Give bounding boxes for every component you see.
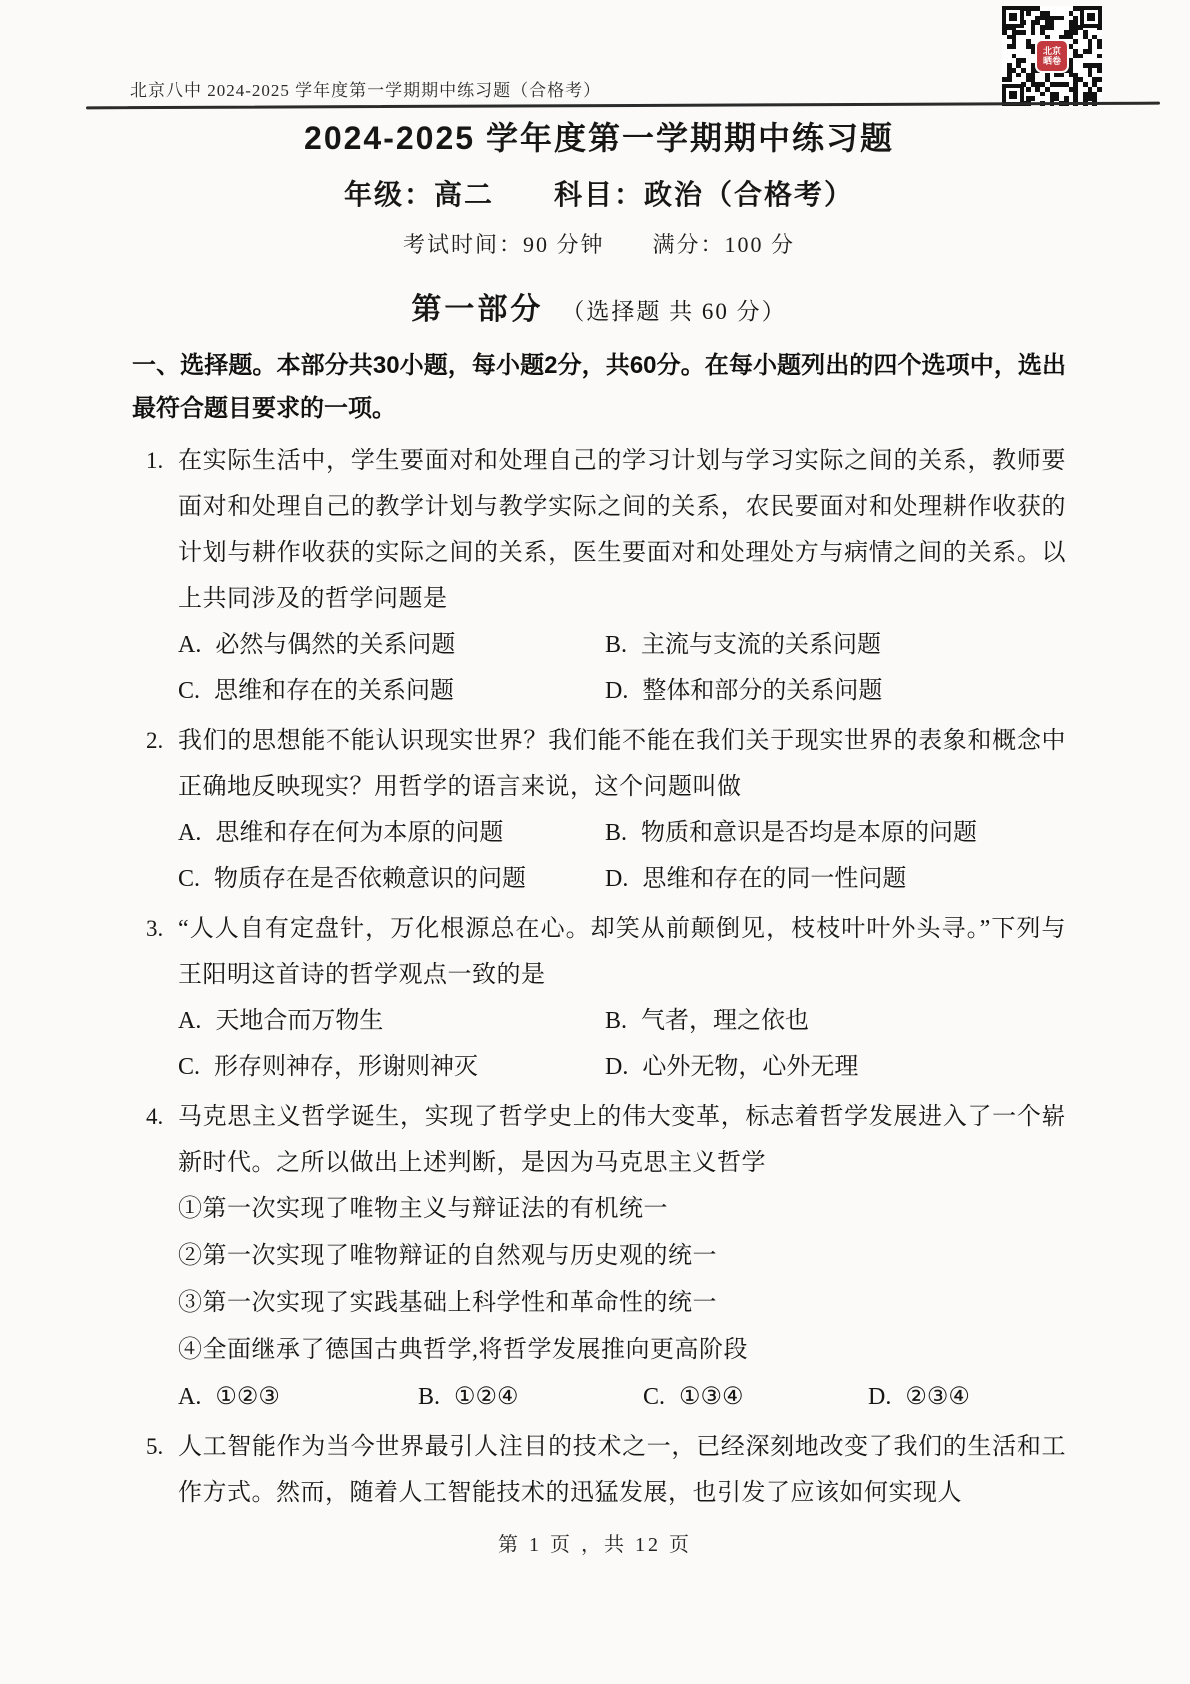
option-a: A.必然与偶然的关系问题	[178, 622, 605, 668]
grade-subject-line: 年级：高二 科目：政治（合格考）	[132, 176, 1066, 214]
question-2: 2. 我们的思想能不能认识现实世界？我们能不能在我们关于现实世界的表象和概念中正…	[132, 718, 1066, 902]
question-options: A.天地合而万物生 B.气者，理之依也 C.形存则神存，形谢则神灭 D.心外无物…	[178, 998, 1066, 1090]
option-d: D.思维和存在的同一性问题	[605, 856, 1066, 902]
statement-3: ③第一次实现了实践基础上科学性和革命性的统一	[178, 1280, 1066, 1327]
question-stem: “人人自有定盘针，万化根源总在心。却笑从前颠倒见，枝枝叶叶外头寻。”下列与王阳明…	[178, 906, 1066, 998]
question-stem: 马克思主义哲学诞生，实现了哲学史上的伟大变革，标志着哲学发展进入了一个崭新时代。…	[178, 1094, 1066, 1186]
part-heading: 第一部分	[411, 293, 543, 326]
qr-center-badge: 北京 晒卷	[1037, 41, 1067, 71]
option-a: A.①②③	[178, 1374, 418, 1420]
exam-time-line: 考试时间：90 分钟 满分：100 分	[132, 230, 1066, 260]
option-d: D.②③④	[868, 1374, 1066, 1420]
question-3: 3. “人人自有定盘针，万化根源总在心。却笑从前颠倒见，枝枝叶叶外头寻。”下列与…	[132, 906, 1066, 1090]
option-c: C.形存则神存，形谢则神灭	[178, 1044, 605, 1090]
option-b: B.物质和意识是否均是本原的问题	[605, 810, 1066, 856]
question-number: 1.	[146, 438, 163, 484]
option-b: B.主流与支流的关系问题	[605, 622, 1066, 668]
option-a: A.天地合而万物生	[178, 998, 605, 1044]
statement-2: ②第一次实现了唯物辩证的自然观与历史观的统一	[178, 1233, 1066, 1280]
option-a: A.思维和存在何为本原的问题	[178, 810, 605, 856]
question-number: 3.	[146, 906, 163, 952]
page-content: 2024-2025 学年度第一学期期中练习题 年级：高二 科目：政治（合格考） …	[0, 0, 1190, 1516]
option-b: B.气者，理之依也	[605, 998, 1066, 1044]
option-c: C.物质存在是否依赖意识的问题	[178, 856, 605, 902]
qr-finder-icon	[1080, 6, 1102, 28]
question-stem: 在实际生活中，学生要面对和处理自己的学习计划与学习实际之间的关系，教师要面对和处…	[178, 438, 1066, 622]
option-b: B.①②④	[418, 1374, 643, 1420]
statement-4: ④全面继承了德国古典哲学,将哲学发展推向更高阶段	[178, 1327, 1066, 1374]
question-number: 5.	[146, 1424, 163, 1470]
qr-finder-icon	[1002, 6, 1024, 28]
qr-badge-text-line1: 北京	[1043, 46, 1061, 56]
question-stem: 人工智能作为当今世界最引人注目的技术之一，已经深刻地改变了我们的生活和工作方式。…	[178, 1424, 1066, 1516]
part-heading-row: 第一部分 （选择题 共 60 分）	[132, 284, 1066, 328]
question-stem: 我们的思想能不能认识现实世界？我们能不能在我们关于现实世界的表象和概念中正确地反…	[178, 718, 1066, 810]
question-number: 4.	[146, 1094, 163, 1140]
exam-title: 2024-2025 学年度第一学期期中练习题	[132, 116, 1066, 160]
question-1: 1. 在实际生活中，学生要面对和处理自己的学习计划与学习实际之间的关系，教师要面…	[132, 438, 1066, 714]
statement-1: ①第一次实现了唯物主义与辩证法的有机统一	[178, 1186, 1066, 1233]
header-text: 北京八中 2024-2025 学年度第一学期期中练习题（合格考）	[130, 76, 601, 101]
question-4: 4. 马克思主义哲学诞生，实现了哲学史上的伟大变革，标志着哲学发展进入了一个崭新…	[132, 1094, 1066, 1420]
question-options: A.思维和存在何为本原的问题 B.物质和意识是否均是本原的问题 C.物质存在是否…	[178, 810, 1066, 902]
option-c: C.①③④	[643, 1374, 868, 1420]
question-5: 5. 人工智能作为当今世界最引人注目的技术之一，已经深刻地改变了我们的生活和工作…	[132, 1424, 1066, 1516]
qr-badge-text-line2: 晒卷	[1043, 56, 1061, 66]
option-d: D.整体和部分的关系问题	[605, 668, 1066, 714]
exam-page: 北京 晒卷 北京八中 2024-2025 学年度第一学期期中练习题（合格考） 2…	[0, 0, 1190, 1684]
page-footer: 第 1 页 ，共 12 页	[0, 1528, 1190, 1557]
qr-code: 北京 晒卷	[1002, 6, 1102, 106]
section-intro: 一、选择题。本部分共30小题，每小题2分，共60分。在每小题列出的四个选项中，选…	[132, 344, 1066, 430]
part-heading-sub: （选择题 共 60 分）	[561, 299, 786, 324]
option-d: D.心外无物，心外无理	[605, 1044, 1066, 1090]
question-options: A.①②③ B.①②④ C.①③④ D.②③④	[178, 1374, 1066, 1420]
option-c: C.思维和存在的关系问题	[178, 668, 605, 714]
question-number: 2.	[146, 718, 163, 764]
question-options: A.必然与偶然的关系问题 B.主流与支流的关系问题 C.思维和存在的关系问题 D…	[178, 622, 1066, 714]
